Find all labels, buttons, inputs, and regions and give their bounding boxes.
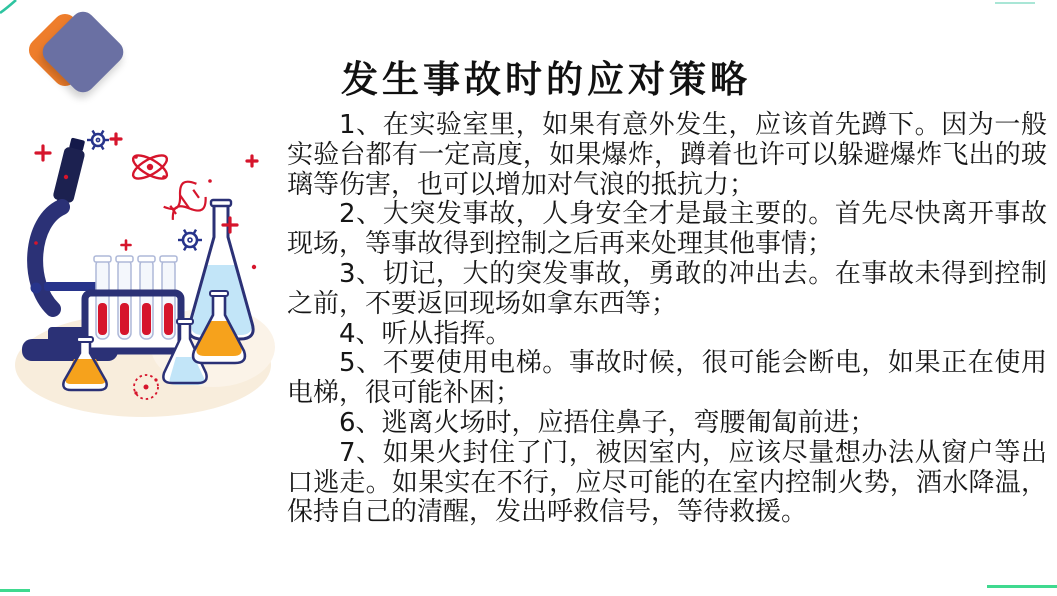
body-item-1: 1、在实验室里，如果有意外发生，应该首先蹲下。因为一般实验台都有一定高度，如果爆… (287, 111, 1047, 200)
bottom-right-accent-line (987, 585, 1057, 588)
lab-illustration (8, 125, 283, 435)
top-edge-accent-line (995, 2, 1035, 4)
slide-body: 1、在实验室里，如果有意外发生，应该首先蹲下。因为一般实验台都有一定高度，如果爆… (287, 111, 1047, 528)
body-item-7: 7、如果火封住了门，被因室内，应该尽量想办法从窗户等出口逃走。如果实在不行，应尽… (287, 439, 1047, 528)
body-item-5: 5、不要使用电梯。事故时候，很可能会断电，如果正在使用电梯，很可能补困； (287, 349, 1047, 409)
gear-icon (87, 131, 202, 251)
body-item-3: 3、切记，大的突发事故，勇敢的冲出去。在事故未得到控制之前，不要返回现场如拿东西… (287, 260, 1047, 320)
slide-title: 发生事故时的应对策略 (341, 49, 751, 103)
body-item-4: 4、听从指挥。 (287, 320, 1047, 350)
test-tube-rack-icon (85, 256, 181, 351)
atom-icon (130, 151, 170, 183)
presentation-slide: 发生事故时的应对策略 1、在实验室里，如果有意外发生，应该首先蹲下。因为一般实验… (0, 0, 1057, 596)
bottom-left-accent-line (0, 589, 30, 592)
dna-icon (159, 177, 210, 227)
teal-corner-arc-icon (0, 0, 30, 24)
body-item-2: 2、大突发事故，人身安全才是最主要的。首先尽快离开事故现场，等事故得到控制之后再… (287, 200, 1047, 260)
body-item-6: 6、逃离火场时，应捂住鼻子，弯腰匍匐前进； (287, 409, 1047, 439)
blue-diamond-icon (38, 7, 129, 98)
